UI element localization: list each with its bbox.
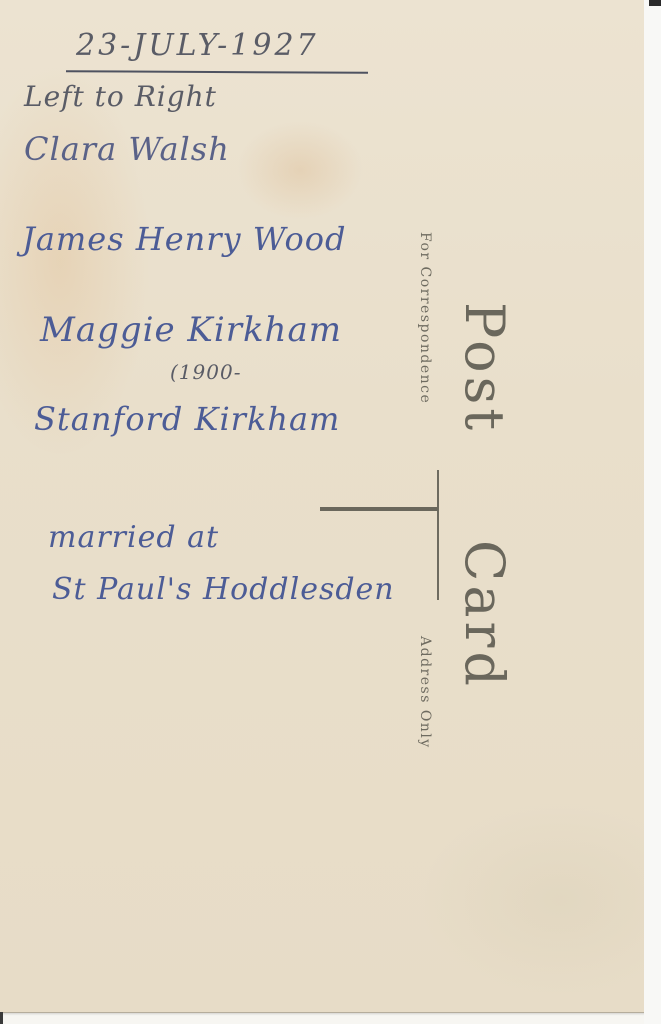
scan-margin-right (644, 0, 661, 1024)
handwritten-name-4: Stanford Kirkham (34, 400, 340, 438)
handwritten-name-2: James Henry Wood (22, 220, 347, 258)
center-divider-vertical (437, 470, 439, 600)
scan-corner-mark (649, 0, 661, 6)
handwritten-birth-note: (1900- (170, 360, 241, 384)
card-title: Card (453, 540, 516, 690)
post-title: Post (453, 302, 516, 434)
handwritten-married-line-1: married at (48, 520, 219, 555)
handwritten-name-3: Maggie Kirkham (40, 310, 342, 350)
handwritten-name-1: Clara Walsh (24, 130, 230, 168)
scan-margin-bottom-left (0, 1012, 3, 1024)
handwritten-heading: Left to Right (24, 80, 217, 113)
stamp-line-horizontal (320, 507, 438, 511)
for-correspondence-label: For Correspondence (417, 232, 433, 404)
handwritten-married-line-2: St Paul's Hoddlesden (52, 572, 395, 607)
handwritten-date: 23-JULY-1927 (76, 28, 319, 63)
date-underline (66, 70, 368, 74)
address-only-label: Address Only (417, 636, 433, 749)
postcard-back: 23-JULY-1927 Left to Right Clara Walsh J… (0, 0, 644, 1012)
